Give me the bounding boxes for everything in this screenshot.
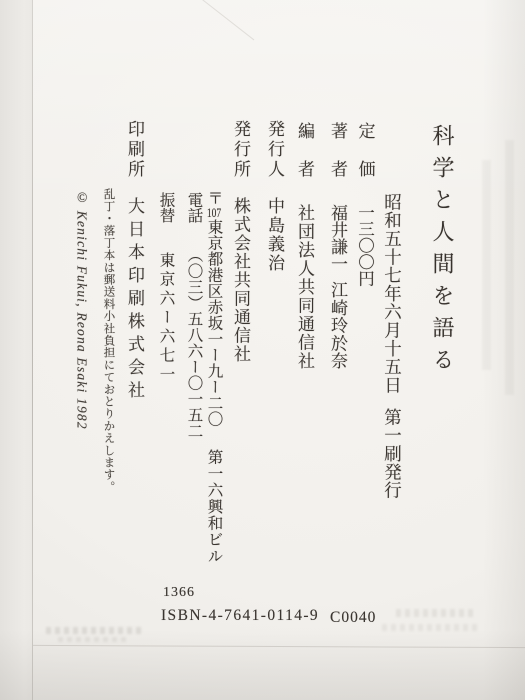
page-edge-shadow [483, 0, 525, 700]
address-building: 第一六興和ビル [206, 449, 223, 565]
edition-date: 昭和五十七年六月十五日 [383, 193, 403, 394]
price-label: 定価 [356, 122, 375, 198]
publisher-line: 発行所株式会社共同通信社 [232, 120, 249, 364]
editor-label: 編者 [295, 122, 314, 198]
corner-crease [195, 0, 254, 40]
printer-line: 印刷所大日本印刷株式会社 [126, 120, 143, 404]
author-name-1: 福井謙一 [328, 204, 347, 272]
price-value: 一三〇〇円 [356, 204, 375, 287]
publisher-label: 発行所 [231, 120, 250, 180]
copyright-line: © Kenichi Fukui, Reona Esaki 1982 [75, 190, 89, 430]
printer-value: 大日本印刷株式会社 [125, 197, 144, 404]
page-gutter-band [0, 0, 33, 700]
publisher-value: 株式会社共同通信社 [231, 197, 250, 364]
phone-number: （〇三）五八六ー〇一五二 [186, 247, 203, 439]
isbn-code: ISBN-4-7641-0114-9 [161, 608, 319, 624]
author-name-2: 江崎玲於奈 [328, 281, 347, 370]
defective-copy-notice: 乱丁・落丁本は郵送料小社負担にておとりかえします。 [102, 188, 114, 493]
page-bottom-shadow [0, 630, 525, 700]
book-number-code: 1366 [163, 586, 195, 600]
phone-line: 電話（〇三）五八六ー〇一五二 [186, 192, 202, 439]
publisher-address: 〒107東京都港区赤坂一ー九ー二〇第一六興和ビル [206, 190, 222, 565]
price-line: 定価一三〇〇円 [356, 122, 374, 287]
editor-line: 編者社団法人共同通信社 [296, 122, 313, 371]
book-title: 科学と人間を語る [431, 124, 453, 380]
editor-value: 社団法人共同通信社 [295, 204, 314, 371]
book-colophon-page-photo: 科学と人間を語る 昭和五十七年六月十五日第一刷発行 定価一三〇〇円 著者福井謙一… [0, 0, 525, 700]
page-showthrough [396, 609, 474, 617]
transfer-number: 東京六ー六七一 [158, 252, 175, 385]
page-crease-line [32, 0, 33, 700]
postal-mark: 〒 [206, 190, 223, 206]
phone-label: 電話 [186, 192, 203, 223]
edition-note: 第一刷発行 [383, 408, 403, 500]
edition-line: 昭和五十七年六月十五日第一刷発行 [383, 193, 401, 500]
author-label: 著者 [328, 122, 347, 198]
c-classification-code: C0040 [330, 610, 376, 626]
postal-transfer-line: 振替東京六ー六七一 [158, 192, 174, 385]
transfer-label: 振替 [158, 192, 175, 223]
postal-code: 107 [207, 206, 222, 219]
issuer-line: 発行人中島義治 [266, 120, 283, 273]
printer-label: 印刷所 [125, 120, 144, 180]
author-line: 著者福井謙一江崎玲於奈 [329, 122, 346, 370]
address-text: 東京都港区赤坂一ー九ー二〇 [206, 219, 223, 427]
issuer-label: 発行人 [265, 120, 284, 180]
issuer-value: 中島義治 [265, 197, 284, 273]
